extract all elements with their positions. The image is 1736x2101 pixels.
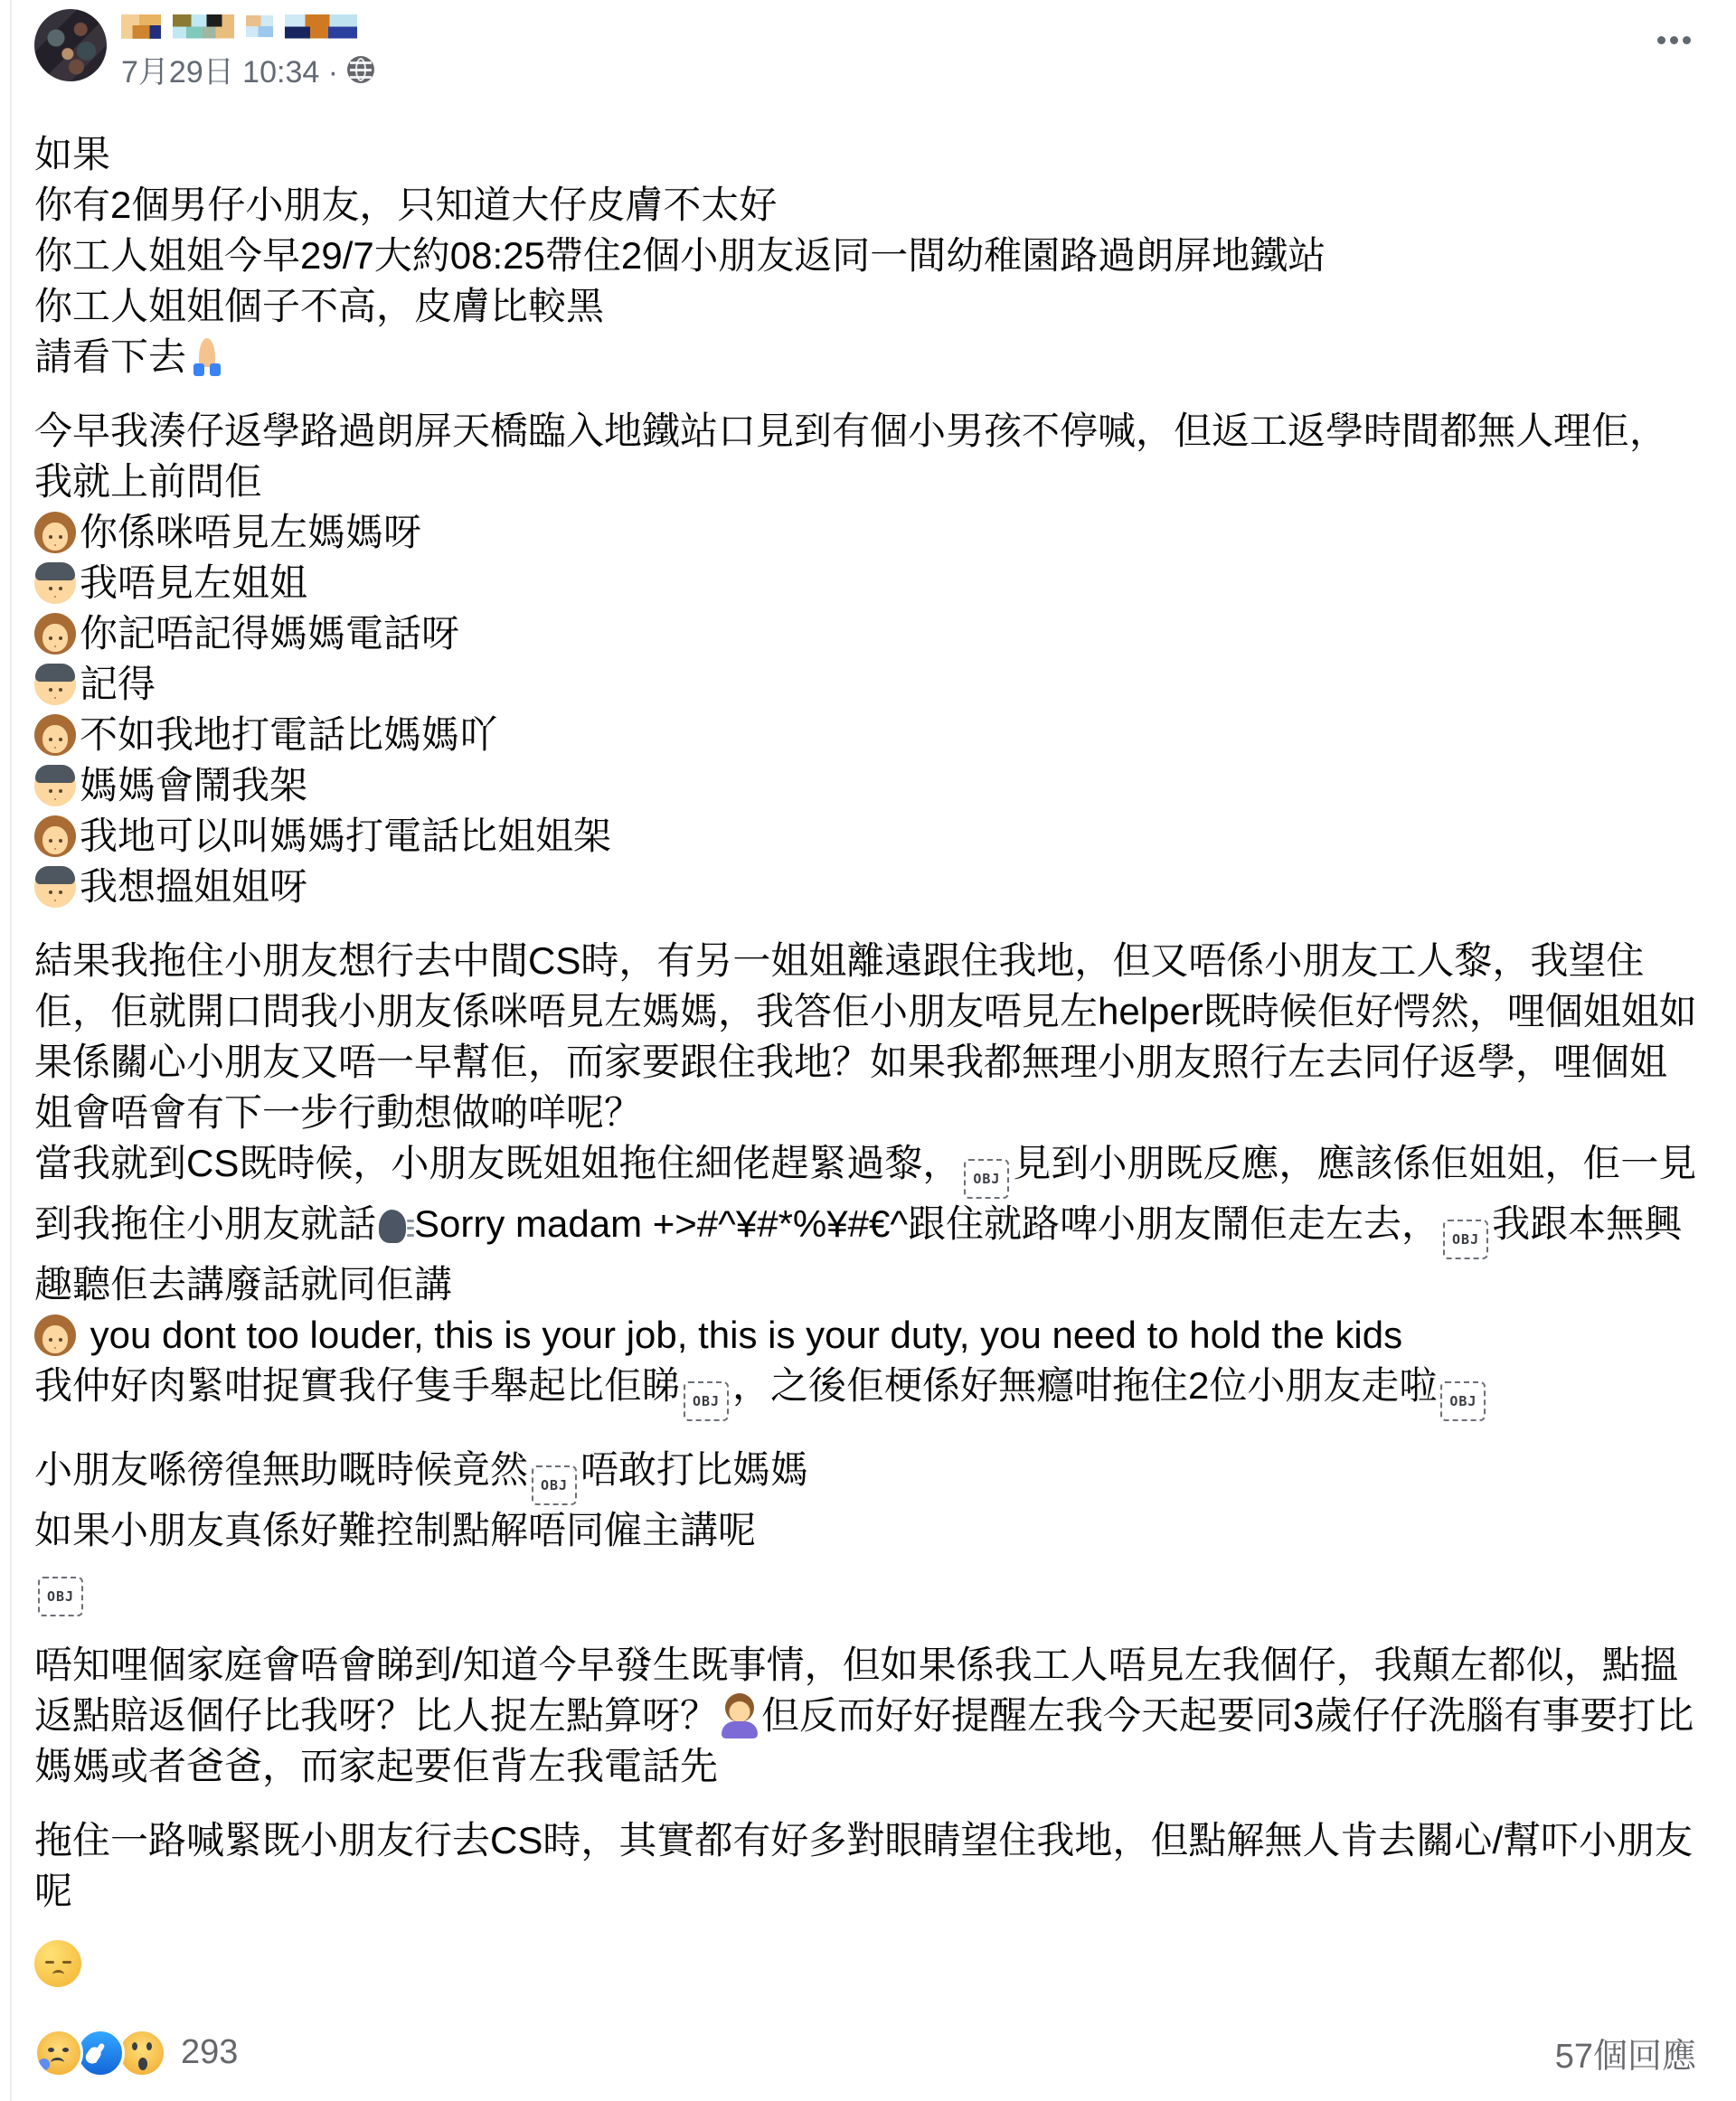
- post-options-button[interactable]: [1657, 9, 1696, 49]
- post-text-line: 不如我地打電話比媽媽吖: [34, 710, 1702, 760]
- post-text-line: 我地可以叫媽媽打電話比姐姐架: [34, 811, 1702, 862]
- woman-face-emoji: [34, 815, 76, 857]
- post-text-line: OBJ: [34, 1556, 1702, 1616]
- like-reaction-icon[interactable]: [76, 2029, 125, 2077]
- censored-name-block: [121, 14, 161, 39]
- post-text-line: 我唔見左姐姐: [34, 558, 1702, 608]
- post-text-line: [34, 1940, 1702, 1992]
- post-text-line: 你有2個男仔小朋友，只知道大仔皮膚不太好: [34, 180, 1702, 231]
- woman-face-emoji: [34, 1314, 76, 1356]
- post-text-line: 我仲好肉緊咁捉實我仔隻手舉起比佢睇OBJ，之後佢梗係好無癮咁拖住2位小朋友走啦O…: [34, 1361, 1702, 1421]
- boy-face-emoji: [34, 664, 76, 705]
- comments-count[interactable]: 57個回應: [1555, 2028, 1696, 2077]
- censored-name-block: [173, 14, 234, 39]
- post-text-line: 如果: [34, 129, 1702, 180]
- post-paragraph: [34, 1940, 1702, 1992]
- post-text-line: 請看下去: [34, 332, 1702, 382]
- censored-name-block: [285, 14, 357, 39]
- reaction-count[interactable]: 293: [181, 2033, 238, 2072]
- post-text-line: 小朋友喺徬徨無助嘅時候竟然OBJ唔敢打比媽媽: [34, 1445, 1702, 1505]
- post-text-line: 你係咪唔見左媽媽呀: [34, 507, 1702, 558]
- pray-hands-emoji: [186, 336, 228, 378]
- wow-reaction-icon[interactable]: [118, 2029, 166, 2077]
- post-text-line: 你工人姐姐今早29/7大約08:25帶住2個小朋友返同一間幼稚園路過朗屏地鐵站: [34, 231, 1702, 281]
- post-text-line: 唔知哩個家庭會唔會睇到/知道今早發生既事情，但如果係我工人唔見左我個仔，我顛左都…: [34, 1640, 1702, 1792]
- timestamp[interactable]: 7月29日 10:34 ·: [121, 47, 338, 91]
- post-text-line: 今早我湊仔返學路過朗屏天橋臨入地鐵站口見到有個小男孩不停喊，但返工返學時間都無人…: [34, 406, 1702, 507]
- object-replacement-glyph: OBJ: [964, 1159, 1009, 1199]
- woman-face-emoji: [34, 613, 76, 655]
- post-paragraph: 小朋友喺徬徨無助嘅時候竟然OBJ唔敢打比媽媽如果小朋友真係好難控制點解唔同僱主講…: [34, 1445, 1702, 1616]
- post-paragraph: 今早我湊仔返學路過朗屏天橋臨入地鐵站口見到有個小男孩不停喊，但返工返學時間都無人…: [34, 406, 1702, 912]
- boy-face-emoji: [34, 765, 76, 806]
- boy-face-emoji: [34, 562, 76, 604]
- post-text-line: you dont too louder, this is your job, t…: [34, 1310, 1702, 1361]
- object-replacement-glyph: OBJ: [532, 1465, 577, 1505]
- post-body: 如果你有2個男仔小朋友，只知道大仔皮膚不太好你工人姐姐今早29/7大約08:25…: [0, 129, 1736, 1992]
- post-text-line: 媽媽會鬧我架: [34, 760, 1702, 811]
- post-paragraph: 拖住一路喊緊既小朋友行去CS時，其實都有好多對眼睛望住我地，但點解無人肯去關心/…: [34, 1815, 1702, 1917]
- censored-username[interactable]: [121, 13, 374, 40]
- speaking-head-emoji: [376, 1206, 414, 1246]
- post-text-line: 記得: [34, 659, 1702, 710]
- post-header: 7月29日 10:34 ·: [0, 0, 1736, 91]
- post-text-line: 結果我拖住小朋友想行去中間CS時，有另一姐姐離遠跟住我地，但又唔係小朋友工人黎，…: [34, 936, 1702, 1138]
- censored-name-block: [246, 15, 273, 37]
- post-header-info: 7月29日 10:34 ·: [121, 9, 374, 91]
- post-text-line: 你工人姐姐個子不高，皮膚比較黑: [34, 281, 1702, 332]
- ellipsis-icon: [1657, 36, 1665, 44]
- post-text-line: 當我就到CS既時候，小朋友既姐姐拖住細佬趕緊過黎，OBJ見到小朋既反應，應該係佢…: [34, 1138, 1702, 1310]
- woman-face-emoji: [34, 714, 76, 756]
- pensive-face-emoji: [34, 1940, 81, 1987]
- woman-facepalm-emoji: [718, 1693, 761, 1738]
- sad-reaction-icon[interactable]: [34, 2029, 83, 2077]
- post-text-line: 我想搵姐姐呀: [34, 862, 1702, 912]
- page-edge-divider: [10, 0, 12, 2101]
- woman-face-emoji: [34, 512, 76, 553]
- boy-face-emoji: [34, 866, 76, 908]
- post-text-line: 拖住一路喊緊既小朋友行去CS時，其實都有好多對眼睛望住我地，但點解無人肯去關心/…: [34, 1815, 1702, 1917]
- post-paragraph: 結果我拖住小朋友想行去中間CS時，有另一姐姐離遠跟住我地，但又唔係小朋友工人黎，…: [34, 936, 1702, 1421]
- globe-icon: [347, 56, 374, 83]
- post-text-line: 如果小朋友真係好難控制點解唔同僱主講呢: [34, 1505, 1702, 1556]
- avatar[interactable]: [34, 9, 107, 81]
- post-paragraph: 如果你有2個男仔小朋友，只知道大仔皮膚不太好你工人姐姐今早29/7大約08:25…: [34, 129, 1702, 382]
- post-footer: 293 57個回應: [0, 2001, 1736, 2101]
- object-replacement-glyph: OBJ: [1440, 1381, 1486, 1421]
- object-replacement-glyph: OBJ: [1443, 1220, 1488, 1259]
- post-text-line: 你記唔記得媽媽電話呀: [34, 608, 1702, 659]
- post-paragraph: 唔知哩個家庭會唔會睇到/知道今早發生既事情，但如果係我工人唔見左我個仔，我顛左都…: [34, 1640, 1702, 1792]
- object-replacement-glyph: OBJ: [38, 1577, 83, 1616]
- post-meta: 7月29日 10:34 ·: [121, 47, 374, 91]
- object-replacement-glyph: OBJ: [684, 1381, 729, 1421]
